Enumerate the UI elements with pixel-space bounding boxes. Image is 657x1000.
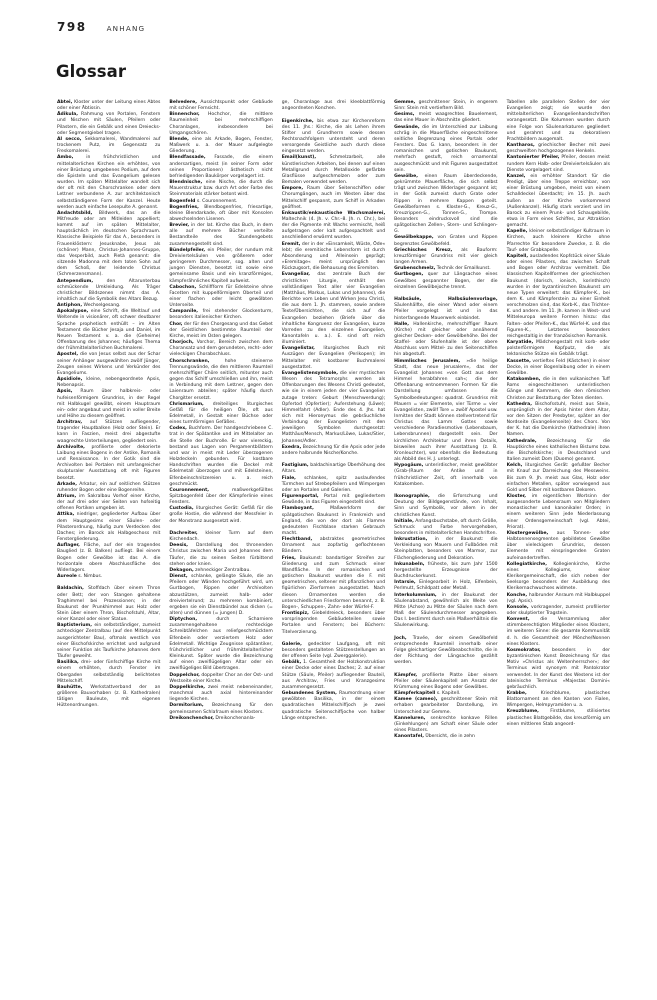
glossary-term: Archivolte, [57,445,85,450]
glossary-entry: Brevier, in der lat. Kirche das Buch, in… [169,223,272,248]
glossary-entry: Joch, Travée, der einem Gewölbefeld ents… [394,636,497,667]
glossary-definition: Säulenhälfte, die einer Wand oder einem … [394,303,497,320]
glossary-term: Antiphon, [57,303,82,308]
glossary-entry: Eremit, der in der »Einsamkeit, Wüste, Ö… [282,242,385,273]
glossary-entry: Kathedrale, Bezeichnung für die Hauptkir… [507,439,610,464]
glossary-term: Antependium, [57,279,93,284]
glossary-definition: besonders in der byzantinischen Kunst Be… [507,648,610,690]
glossary-entry: Figurenportal, Portal mit gegliedertem G… [282,494,385,506]
glossary-term: Basilika, [57,660,79,665]
glossary-definition: Maltechnik (4. Jh. v. Chr.–8. Jh. n. Chr… [282,217,385,240]
glossary-term: Aureole [57,574,77,579]
glossary-entry: Andachtsbild, Bildwerk, das an die Mitfr… [57,211,160,279]
glossary-entry: Attika, niedriger, gegliederter Aufbau ü… [57,512,160,543]
glossary-definition: ein erhöhter Standort für die Predigt, ü… [507,174,610,228]
glossary-column-5: Tabellen alle parallelen Stellen der vie… [507,100,610,995]
glossary-term: Auflager, [57,543,80,548]
glossary-entry: Al secco, Sekkomalerei, Wandmalerei auf … [57,137,160,155]
glossary-entry: Doppelchor, doppelter Chor an der Ost- u… [169,673,272,685]
glossary-entry: Kantharos, griechischer Becher mit zwei … [507,143,610,155]
glossary-entry: Couronnement, maßwerkgefülltes Spitzboge… [169,488,272,506]
glossary-term: Dormitorium, [169,703,203,708]
glossary-term: Halbsäule, Halbsäulenvorlage, [394,297,497,302]
glossary-term: Exedra, [282,445,301,450]
glossary-definition: Hallenkirche, mehrschiffiger Raum (Kirch… [394,322,497,358]
glossary-entry: Fastigium, baldachinartige Überhöhung de… [282,463,385,475]
glossary-entry: Evangeliar, das zentrale Buch der christ… [282,272,385,346]
glossary-term: Apsis, [57,389,72,394]
glossary-term: Interkolumnium, [394,593,437,598]
glossary-entry: Gewölbe, einen Raum überdeckende, gekrüm… [394,174,497,236]
glossary-term: Figurenportal, [282,494,319,499]
glossary-entry: Hypogäum, unterirdischer, meist gewölbte… [394,463,497,488]
glossary-term: Chorschranken, [169,359,209,364]
glossary-entry: Krabbe, Kriechblume, plastisches Blattor… [507,691,610,709]
glossary-entry: Antependium, den Altarunterbau schmücken… [57,279,160,304]
glossary-term: Kathedra, [507,402,532,407]
glossary-entry: Kassette, vertieftes Feld (Kästchen) in … [507,359,610,377]
glossary-term: Flechtband, [282,537,312,542]
glossary-entry: Deesis, Darstellung des thronenden Chris… [169,543,272,568]
glossary-term: Kantharos, [507,143,535,148]
glossary-term: Kapitell, [507,254,529,259]
glossary-entry: Kämpfer, profilierte Platte über einem P… [394,673,497,691]
glossary-definition: Baukunst: bandartiger Streifen zur Glied… [282,556,385,610]
glossary-entry: Kantonierter Pfeiler, Pfeiler, dessen me… [507,155,610,173]
glossary-entry: Gesims, meist waagrechtes Bauelement, da… [394,112,497,124]
glossary-entry: Ädikula, Rahmung von Portalen, Fenstern … [57,112,160,137]
glossary-entry: Fiale, schlankes, spitz auslaufendes Tür… [282,476,385,494]
glossary-term: Blendnische, [169,180,202,185]
glossary-definition: schlankes, spitz auslaufendes Türmchen a… [282,476,385,493]
glossary-term: Architrav, [57,420,82,425]
glossary-entry: Baptisterium, ein selbstständiger, zumei… [57,623,160,660]
glossary-term: Doppelchor, [169,673,199,678]
glossary-term: Campanile, [169,309,198,314]
glossary-term: Himmlisches Jerusalem, [394,359,460,364]
glossary-definition: Buchform. Der handgeschriebene C. trat i… [169,426,272,486]
glossary-entry: Apostel, die von Jesus selbst aus der Sc… [57,352,160,377]
glossary-entry: Gemme, geschnittener Stein, in engerem S… [394,100,497,112]
glossary-term: Inkrustation, [394,537,427,542]
glossary-definition: liturgisches Gerät: gefußter Becher mit … [507,463,610,493]
glossary-term: Bogenfeld [169,199,195,204]
glossary-term: Blende, [169,137,188,142]
glossary-term: Evangelistar, [282,346,315,351]
glossary-entry: Himmlisches Jerusalem, »die heilige Stad… [394,359,497,464]
glossary-term: Kantonierter Pfeiler, [507,155,560,160]
glossary-term: Grubenschmelz, [394,266,435,271]
glossary-entry: Halle, Hallenkirche, mehrschiffiger Raum… [394,322,497,359]
glossary-term: Empore, [282,186,303,191]
glossary-entry: Belvedere, Aussichtspunkt oder Gebäude m… [169,100,272,112]
glossary-entry: Auflager, Fläche, auf der ein tragendes … [57,543,160,574]
glossary-term: Custodia, [169,506,193,511]
running-head: ANHANG [107,24,146,33]
glossary-entry: Email(kunst), Schmelzarbeit, alle künstl… [282,155,385,186]
glossary-entry: Chorschranken, hohe steinerne Trennungsw… [169,359,272,402]
glossary-term: Blendfassade, [169,155,205,160]
glossary-term: Inkunabeln, [394,562,424,567]
glossary-entry: Chorjoch, Vorchor, Bereich zwischen dem … [169,340,272,358]
glossary-entry: Chor, der für den Chorgesang und das Geb… [169,322,272,340]
glossary-term: Codex, [169,426,186,431]
glossary-definition: im eigentlichen Wortsinn der ausgesonder… [507,494,610,530]
glossary-entry: Flamboyant, Maßwerkform der spätgotische… [282,506,385,537]
glossary-entry: Chrismarium, dreiteiliges liturgisches G… [169,402,272,427]
glossary-term: Apostel, [57,352,78,357]
glossary-entry: Custodia, liturgisches Gerät: Gefäß für … [169,506,272,524]
glossary-entry: Katakomben, die in den vulkanischen Tuff… [507,377,610,402]
glossary-entry: Tabellen alle parallelen Stellen der vie… [507,100,610,143]
glossary-term: Couronnement, [169,488,209,493]
glossary-definition: Bischofsstuhl, meist aus Stein, ursprüng… [507,402,610,438]
glossary-term: Email(kunst), [282,155,316,160]
glossary-term: Eremit, [282,242,301,247]
glossary-term: Kollegiatkirche, [507,562,547,567]
glossary-term: Gurtbogen, [394,272,423,277]
glossary-entry: Basilika, drei- oder fünfschiffige Kirch… [57,660,160,685]
glossary-definition: Wechselgesang. [82,303,120,308]
glossary-entry: Flechtband, abstraktes geometrisches Orn… [282,537,385,555]
page-header: 798 ANHANG [57,20,145,34]
glossary-entry: Frontispiz, Giebeldreieck, besonders übe… [282,611,385,636]
glossary-entry: Karyatide, Mädchengestalt mit korb- oder… [507,340,610,358]
glossary-definition: das zentrale Buch der christlichen Litur… [282,272,385,345]
glossary-entry: Architrav, auf Stützen aufliegender, tra… [57,420,160,445]
glossary-entry: Bogenfries, Blendbogenfries, friesartige… [169,205,272,223]
glossary-term: Frontispiz, [282,611,309,616]
glossary-entry: Blendnische, eine Nische, die durch die … [169,180,272,198]
glossary-entry: Eigenkirche, bis etwa zur Kirchenreform … [282,119,385,156]
glossary-term: Gewölbe, [394,174,418,179]
glossary-column-1: Abtei, Kloster unter der Leitung eines A… [57,100,160,995]
glossary-entry: Ikonographie, die Erforschung und Deutun… [394,494,497,519]
glossary-entry: Exedra, Bezeichnung für die Apsis oder j… [282,445,385,457]
glossary-entry: Fries, Baukunst: bandartiger Streifen zu… [282,556,385,611]
glossary-definition: schlanke, gelängte Säule, die an Pfeiler… [169,574,272,616]
glossary-columns: Abtei, Kloster unter der Leitung eines A… [57,100,610,995]
glossary-entry: Griechisches Kreuz, als Bauform: kreuzfö… [394,248,497,266]
glossary-entry: Kloster, im eigentlichen Wortsinn der au… [507,494,610,531]
glossary-term: Gewände, [394,125,419,130]
glossary-entry: Dreikonchenchor, Dreikonchenanla- [169,716,272,722]
glossary-definition: Übersicht, die in zehn [424,734,475,739]
glossary-term: Abtei, [57,100,72,105]
glossary-entry: Kosmokrator, besonders in der byzantinis… [507,648,610,691]
glossary-term: Deesis, [169,543,188,548]
glossary-entry: Archivolte, profilierte oder dekorierte … [57,445,160,482]
glossary-term: Dreikonchenchor, [169,716,214,721]
glossary-term: Atrium, [57,494,76,499]
glossary-term: Andachtsbild, [57,211,92,216]
glossary-entry: Gebälk, 1. Gesamtheit der Holzkonstrukti… [282,660,385,691]
glossary-definition: ge, Choranlage aus drei kleeblattförmig … [282,100,385,111]
glossary-term: Dachreiter, [169,531,197,536]
glossary-term: Kanzel, [507,174,526,179]
glossary-definition: in der Baukunst der Säulenabstand, gewöh… [394,593,497,629]
glossary-entry: Dienst, schlanke, gelängte Säule, die an… [169,574,272,617]
page-number: 798 [57,20,87,34]
glossary-term: Hypogäum, [394,463,423,468]
glossary-term: Doppelkirche, [169,685,205,690]
glossary-term: Gebundenes System, [282,691,337,696]
glossary-term: Intarsie, [394,580,416,585]
glossary-term: Kathedrale, [507,439,537,444]
glossary-entry: Apsis, Raum über halbkreis- oder hufeise… [57,389,160,420]
glossary-definition: s. Couronnement. [195,199,237,204]
glossary-definition: Dreikonchenanla- [214,716,255,721]
glossary-entry: Aureole s. Nimbus. [57,574,160,580]
glossary-term: Krabbe, [507,691,527,696]
glossary-entry: Enkaustik/enkaustische Wachsmalerei, Mal… [282,211,385,242]
glossary-entry: Galerie, gedeckter Laufgang, oft mit bes… [282,642,385,660]
glossary-term: Halle, [394,322,409,327]
glossary-term: Apokalypse, [57,309,88,314]
glossary-term: Initiale, [394,519,414,524]
glossary-definition: s. Kapitell. [435,691,460,696]
glossary-definition: profilierte oder dekorierte Laibung eine… [57,445,160,481]
glossary-term: Ikonographie, [394,494,430,499]
glossary-term: Galerie, [282,642,302,647]
glossary-term: Kassette, [507,359,531,364]
glossary-entry: Campanile, frei stehender Glockenturm, b… [169,309,272,321]
glossary-entry: Kelch, liturgisches Gerät: gefußter Bech… [507,463,610,494]
glossary-entry: Konvent, die Versammlung aller stimmbere… [507,617,610,648]
glossary-entry: Kapelle, kleiner selbstständiger Kultrau… [507,229,610,254]
glossary-term: Karyatide, [507,340,534,345]
glossary-entry: Kamee (cameo), geschnittener Stein mit e… [394,697,497,715]
glossary-definition: Tabellen alle parallelen Stellen der vie… [507,100,610,142]
glossary-entry: Atrium, im Sakralbau Vorhof einer Kirche… [57,494,160,512]
glossary-definition: s. Nimbus. [77,574,102,579]
glossary-entry: Arkade, Arkatur, ein auf seitlichen Stüt… [57,482,160,494]
glossary-definition: Kloster unter der Leitung eines Abtes od… [57,100,160,111]
glossary-term: Chorjoch, [169,340,193,345]
glossary-term: Bogenfries, [169,205,198,210]
glossary-term: Apsidiole, [57,377,82,382]
glossary-term: Gesims, [394,112,414,117]
glossary-term: Bauhütte, [57,685,82,690]
glossary-term: Kreuzblume, [507,709,539,714]
glossary-definition: »die heilige Stadt, das neue Jerusalem«,… [394,359,497,463]
glossary-entry: Evangelistar, liturgisches Buch mit Ausz… [282,346,385,371]
glossary-term: Arkade, [57,482,77,487]
glossary-term: Bündelpfeiler, [169,248,205,253]
glossary-definition: Travée, der einem Gewölbefeld entspreche… [394,636,497,666]
glossary-term: Dekagon, [169,568,193,573]
glossary-term: Brevier, [169,223,189,228]
glossary-term: Kelch, [507,463,523,468]
glossary-definition: ein selbstständiger, zumeist achteckiger… [57,623,160,659]
glossary-definition: einen Raum überdeckende, gekrümmte Mauer… [394,174,497,234]
glossary-definition: die vier mystischen Wesen des Tetramorph… [282,371,385,444]
glossary-entry: Gebundenes System, Raumordnung einer gew… [282,691,385,722]
glossary-entry: Kreuzblume, Firstblume, stilisiertes pla… [507,709,610,727]
glossary-column-2: Belvedere, Aussichtspunkt oder Gebäude m… [169,100,272,995]
glossary-column-3: ge, Choranlage aus drei kleeblattförmig … [282,100,385,995]
glossary-definition: in frühchristlichen und mittelalterliche… [57,155,160,209]
glossary-entry: Kanzel, ein erhöhter Standort für die Pr… [507,174,610,229]
glossary-entry: Kathedra, Bischofsstuhl, meist aus Stein… [507,402,610,439]
glossary-entry: Halbsäule, Halbsäulenvorlage, Säulenhälf… [394,297,497,322]
glossary-term: Evangelistensymbole, [282,371,338,376]
glossary-term: Attika, [57,512,74,517]
glossary-definition: bis etwa zur Kirchenreform des 11. Jhs.:… [282,119,385,155]
glossary-entry: Codex, Buchform. Der handgeschriebene C.… [169,426,272,488]
glossary-term: Baptisterium, [57,623,92,628]
glossary-entry: ge, Choranlage aus drei kleeblattförmig … [282,100,385,112]
glossary-entry: Initiale, Anfangsbuchstabe, oft durch Gr… [394,519,497,537]
glossary-definition: durch Scharniere zusammengehaltene recht… [169,617,272,671]
glossary-term: Kapelle, [507,229,528,234]
glossary-entry: Klostergewölbe, aus Tonnen- oder Halbton… [507,531,610,562]
glossary-definition: der für den Chorgesang und das Gebet der… [169,322,272,339]
glossary-term: Al secco, [57,137,81,142]
glossary-column-4: Gemme, geschnittener Stein, in engerem S… [394,100,497,995]
glossary-entry: Apokalypse, eine Schrift, die Weltlauf u… [57,309,160,352]
glossary-term: Kamee (cameo), [394,697,437,702]
glossary-term: Konsole, [507,605,529,610]
glossary-term: Evangeliar, [282,272,310,277]
glossary-term: Katakomben, [507,377,541,382]
glossary-term: Cabochon, [169,285,196,290]
glossary-definition: Technik der Emailkunst. [435,266,490,271]
glossary-term: Baldachin, [57,586,84,591]
glossary-term: Konvent, [507,617,530,622]
glossary-entry: Kollegiatkirche, Kollegienkirche, Kirche… [507,562,610,593]
page-title: Glossar [56,62,126,81]
glossary-definition: Stoffdach über einem Thron oder Bett; de… [57,586,160,622]
glossary-term: Ädikula, [57,112,78,117]
glossary-term: Belvedere, [169,100,197,105]
glossary-definition: hohe steinerne Trennungswände, die den m… [169,359,272,401]
glossary-term: Gebälk, [282,660,301,665]
glossary-term: Fastigium, [282,463,309,468]
glossary-entry: Empore, Raum über Seitenschiffen oder Ch… [282,186,385,211]
glossary-term: Enkaustik/enkaustische Wachsmalerei, [282,211,385,216]
glossary-entry: Gurtbogen, quer zur Längsachse eines Gew… [394,272,497,290]
glossary-term: Kanneluren, [394,716,425,721]
glossary-entry: Intarsie, Einlegearbeit in Holz, Elfenbe… [394,580,497,592]
glossary-term: Chrismarium, [169,402,203,407]
glossary-entry: Kanontafel, Übersicht, die in zehn [394,734,497,740]
glossary-entry: Dormitorium, Bezeichnung für den gemeins… [169,703,272,715]
glossary-entry: Binnenchor, Hochchor, die mittlere Raume… [169,112,272,137]
glossary-term: Konche, [507,593,528,598]
glossary-term: Fries, [282,556,296,561]
glossary-entry: Inkrustation, in der Baukunst: die Verkl… [394,537,497,562]
glossary-term: Klostergewölbe, [507,531,549,536]
glossary-entry: Interkolumnium, in der Baukunst der Säul… [394,593,497,630]
glossary-term: Fiale, [282,476,296,481]
glossary-term: Kanontafel, [394,734,424,739]
glossary-term: Ambo, [57,155,73,160]
glossary-entry: Doppelkirche, zwei meist nebeneinander, … [169,685,272,703]
glossary-term: Kloster, [507,494,526,499]
glossary-entry: Bündelpfeiler, ein Pfeiler, der rundum m… [169,248,272,285]
glossary-entry: Gewände, die im Unterschied zur Laibung … [394,125,497,174]
glossary-term: Griechisches Kreuz, [394,248,452,253]
glossary-entry: Blendfassade, Fassade, die einem andersa… [169,155,272,180]
glossary-term: Joch, [394,636,406,641]
glossary-entry: Konsole, vorkragender, zumeist profilier… [507,605,610,617]
glossary-term: Kämpfer, [394,673,417,678]
glossary-term: Diptychon, [169,617,197,622]
glossary-definition: ausladendes Kopfstück einer Säule oder e… [507,254,610,339]
glossary-term: Flamboyant, [282,506,314,511]
glossary-definition: ein Pfeiler, der rundum mit Dreiviertels… [169,248,272,284]
glossary-entry: Kapitell, ausladendes Kopfstück einer Sä… [507,254,610,340]
glossary-entry: Bauhütte, Werkstattverband der an größer… [57,685,160,710]
glossary-entry: Inkunabeln, früheste, bis zum Jahr 1500 … [394,562,497,580]
glossary-definition: Bildwerk, das an die Mitfreude oder am M… [57,211,160,278]
glossary-term: Binnenchor, [169,112,199,117]
glossary-definition: zehneckiger Zentralbau. [194,568,251,573]
glossary-term: Gemme, [394,100,415,105]
glossary-term: Chor, [169,322,182,327]
glossary-entry: Gewölbekappe, von Graten und Rippen begr… [394,235,497,247]
glossary-term: Kosmokrator, [507,648,541,653]
glossary-term: Kämpferkapitell [394,691,435,696]
glossary-entry: Abtei, Kloster unter der Leitung eines A… [57,100,160,112]
glossary-entry: Baldachin, Stoffdach über einem Thron od… [57,586,160,623]
glossary-term: Gewölbekappe, [394,235,433,240]
glossary-entry: Dachreiter, kleiner Turm auf dem Kirchen… [169,531,272,543]
glossary-term: Eigenkirche, [282,119,314,124]
glossary-entry: Evangelistensymbole, die vier mystischen… [282,371,385,445]
glossary-definition: die im Unterschied zur Laibung schräg in… [394,125,497,173]
glossary-entry: Diptychon, durch Scharniere zusammengeha… [169,617,272,672]
glossary-term: Dienst, [169,574,187,579]
glossary-entry: Kanneluren, senkrechte konkave Rillen (E… [394,716,497,734]
glossary-entry: Ambo, in frühchristlichen und mittelalte… [57,155,160,210]
glossary-entry: Konche, halbrunder Anraum mit Halbkuppel… [507,593,610,605]
glossary-definition: Raum über halbkreis- oder hufeisenförmig… [57,389,160,419]
glossary-entry: Blende, eine als Arkade, Bogen, Fenster,… [169,137,272,155]
glossary-entry: Apsidiole, kleine, nebengeordnete Apsis,… [57,377,160,389]
glossary-entry: Cabochon, Schliffform für Edelsteine ohn… [169,285,272,310]
glossary-definition: eine Schrift, die Weltlauf und Weltende … [57,309,160,351]
